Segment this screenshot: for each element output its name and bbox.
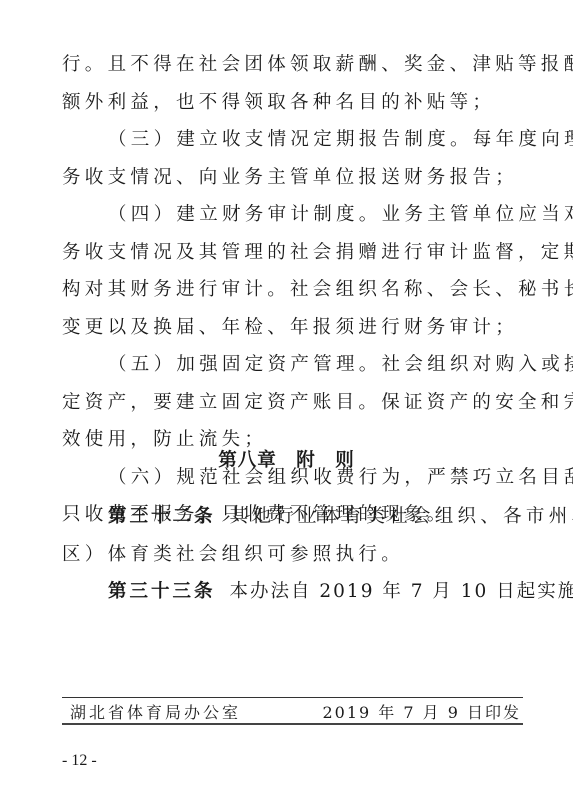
footer-issuer: 湖北省体育局办公室 [70,700,241,723]
footer-top-rule [62,697,523,698]
text-line: 务收支情况、向业务主管单位报送财务报告； [62,159,524,197]
footer-issue-date: 2019 年 7 月 9 日印发 [322,700,521,723]
footer-bottom-rule [62,723,523,725]
text-line: 行。且不得在社会团体领取薪酬、奖金、津贴等报酬或获取其他 [62,46,524,84]
text-line: 定资产，要建立固定资产账目。保证资产的安全和完整，加强有 [62,384,524,422]
text-line-item-3: （三）建立收支情况定期报告制度。每年度向理事会报告财 [62,121,524,159]
text-line: 变更以及换届、年检、年报须进行财务审计； [62,309,524,347]
article-32-line-2: 区）体育类社会组织可参照执行。 [62,536,524,574]
page-number: - 12 - [62,752,97,770]
text-line: 务收支情况及其管理的社会捐赠进行审计监督，定期委托第三方机 [62,234,524,272]
chapter-title: 第八章 附 则 [0,446,573,472]
text-line: 额外利益，也不得领取各种名目的补贴等； [62,84,524,122]
article-32-line-1: 第三十二条其他行业体育类社会组织、各市州、县（市、 [62,498,524,536]
article-33-text: 本办法自 2019 年 7 月 10 日起实施，有效期 2 年。 [230,581,573,602]
document-page: 行。且不得在社会团体领取薪酬、奖金、津贴等报酬或获取其他 额外利益，也不得领取各… [0,0,573,791]
text-line: 构对其财务进行审计。社会组织名称、会长、秘书长、法定代表人 [62,271,524,309]
article-33-line-1: 第三十三条本办法自 2019 年 7 月 10 日起实施，有效期 2 年。 [62,573,524,611]
articles: 第三十二条其他行业体育类社会组织、各市州、县（市、 区）体育类社会组织可参照执行… [62,498,524,611]
article-32-text: 其他行业体育类社会组织、各市州、县（市、 [230,506,573,527]
article-33-label: 第三十三条 [108,581,216,602]
text-line-item-4: （四）建立财务审计制度。业务主管单位应当对社会组织财 [62,196,524,234]
text-line-item-5: （五）加强固定资产管理。社会组织对购入或接受捐赠的固 [62,346,524,384]
article-32-label: 第三十二条 [108,506,216,527]
